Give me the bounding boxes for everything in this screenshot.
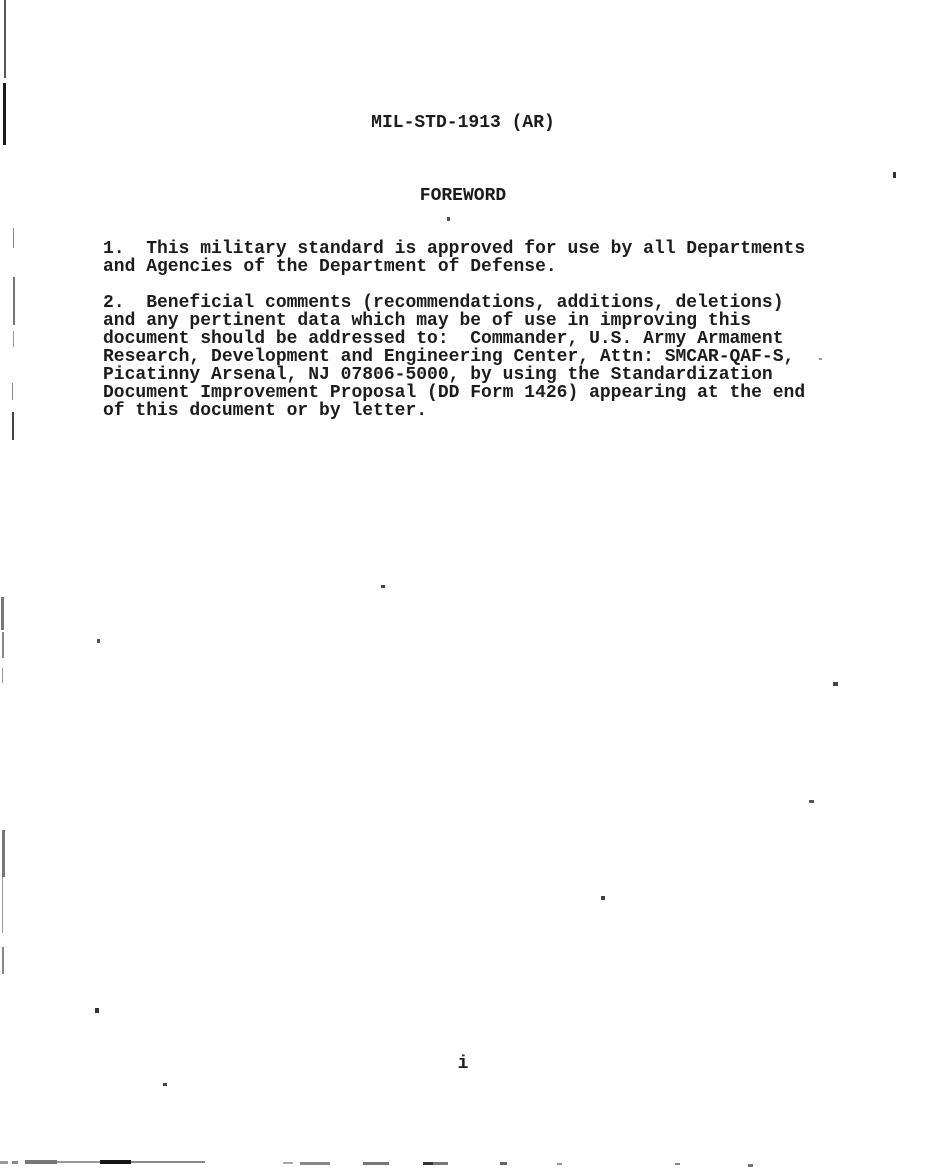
scan-speck [97,639,100,643]
scan-artifact-bottom-line [12,1161,18,1164]
scan-speck [819,358,822,360]
section-title-foreword: FOREWORD [0,187,926,205]
scan-artifact-bottom-line [0,1161,8,1164]
scan-artifact-bottom-line [675,1163,680,1165]
scan-artifact-bottom-line [748,1164,753,1167]
scan-speck [95,1008,99,1013]
scan-speck [809,800,814,803]
scan-artifact-bottom-line [131,1161,205,1163]
page-number: i [0,1055,926,1073]
scan-artifact-bottom-line [363,1162,389,1165]
scan-artifact-left-line [12,383,13,400]
scan-artifact-bottom-line [283,1162,293,1164]
scan-artifact-left-line [2,947,4,974]
scan-speck [163,1083,167,1086]
scanned-document-page: MIL-STD-1913 (AR) FOREWORD 1. This milit… [0,0,926,1176]
scan-artifact-bottom-line [433,1162,448,1165]
scan-artifact-bottom-line [500,1162,507,1165]
scan-artifact-bottom-line [423,1162,433,1165]
scan-artifact-bottom-line [300,1162,330,1165]
scan-artifact-bottom-line [557,1163,562,1165]
scan-artifact-left-line [2,632,4,658]
scan-artifact-left-line [13,331,14,347]
scan-artifact-left-line [13,228,14,248]
scan-speck [601,896,605,900]
scan-artifact-bottom-line [100,1160,131,1164]
scan-artifact-left-line [13,277,15,325]
scan-artifact-left-line [2,877,3,933]
scan-speck [447,217,450,221]
paragraph-2: 2. Beneficial comments (recommendations,… [103,294,805,420]
scan-artifact-bottom-line [57,1161,102,1163]
scan-artifact-left-line [2,830,5,877]
document-header-code: MIL-STD-1913 (AR) [0,114,926,132]
scan-speck [893,172,896,178]
scan-speck [833,682,838,686]
paragraph-1: 1. This military standard is approved fo… [103,240,805,276]
scan-speck [381,585,385,588]
scan-artifact-bottom-line [25,1160,57,1164]
scan-artifact-left-line [2,668,3,683]
scan-artifact-left-line [4,0,6,78]
scan-artifact-left-line [12,412,14,440]
scan-artifact-left-line [1,597,4,630]
